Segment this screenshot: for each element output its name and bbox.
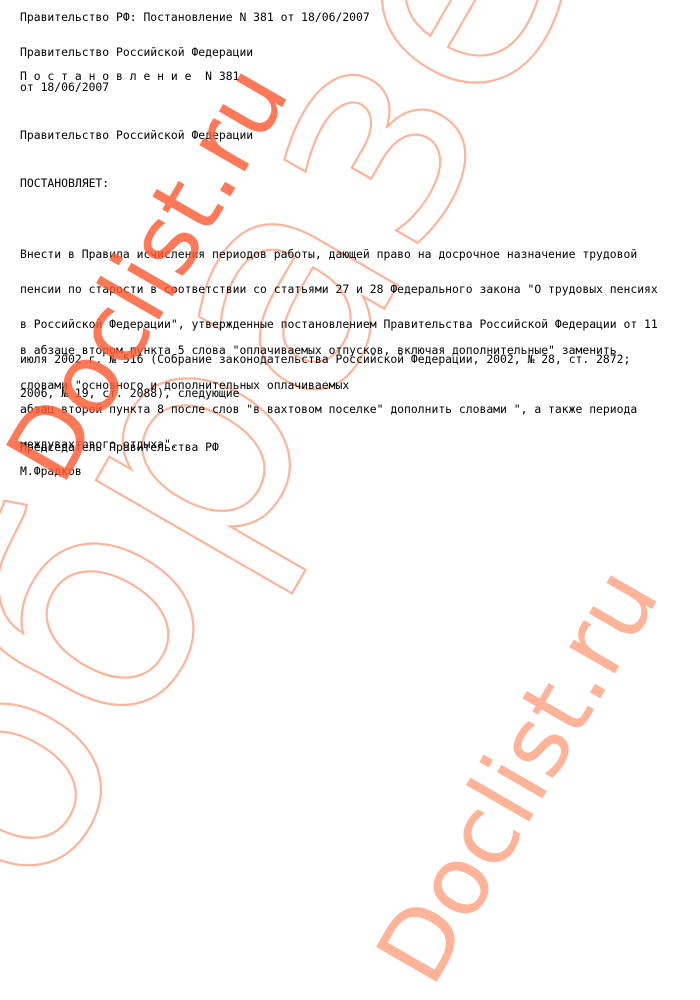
decree-word: ПОСТАНОВЛЯЕТ: [20,178,109,190]
paragraph-line: Внести в Правила исчисления периодов раб… [20,249,685,261]
issuer-name-repeat: Правительство Российской Федерации [20,130,253,142]
paragraph-line: абзац второй пункта 8 после слов "в вахт… [20,404,685,416]
document-body: Правительство РФ: Постановление N 381 от… [0,0,700,1000]
paragraph-line: в абзаце втором пункта 5 слова "оплачива… [20,345,685,357]
signature-title: Председатель Правительства РФ [20,442,219,454]
issuer-name: Правительство Российской Федерации [20,47,253,59]
document-date: от 18/06/2007 [20,82,109,94]
signature-name: М.Фрадков [20,466,82,478]
paragraph-line: пенсии по старости в соответствии со ста… [20,284,685,296]
paragraph-item-8: абзац второй пункта 8 после слов "в вахт… [20,381,685,474]
document-header-line: Правительство РФ: Постановление N 381 от… [20,12,370,24]
